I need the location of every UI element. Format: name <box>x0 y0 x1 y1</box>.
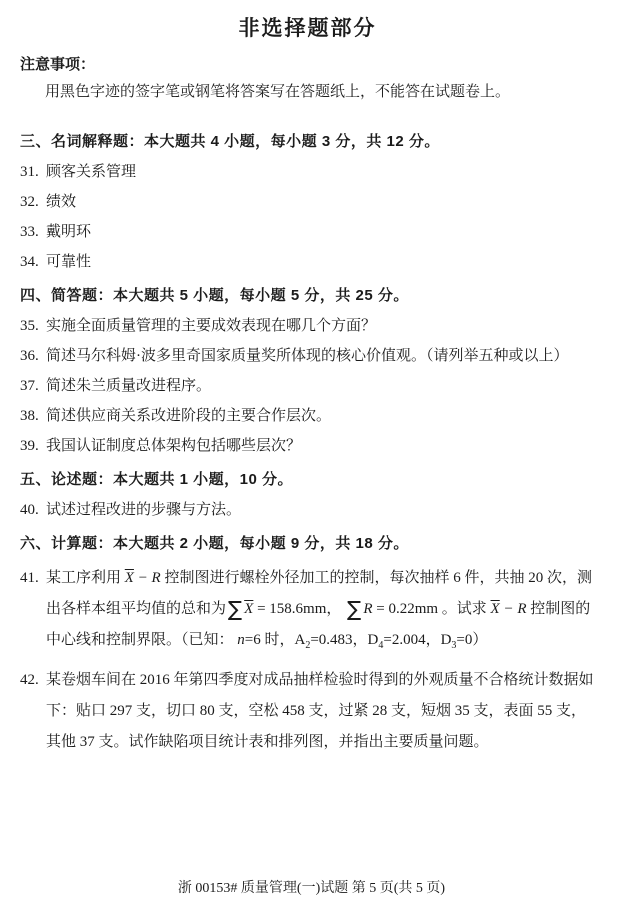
question-text: 我国认证制度总体架构包括哪些层次？ <box>46 436 595 456</box>
sum-xbar-value: = 158.6mm <box>253 601 326 617</box>
xbar-symbol: X <box>125 570 134 586</box>
notice-text: 用黑色字迹的签字笔或钢笔将答案写在答题纸上，不能答在试题卷上。 <box>20 82 595 102</box>
question-text: 绩效 <box>46 192 595 212</box>
text-segment: =2.004，D <box>383 632 451 648</box>
question-number: 36. <box>20 346 46 366</box>
question-31: 31. 顾客关系管理 <box>20 162 595 182</box>
question-34: 34. 可靠性 <box>20 252 595 272</box>
question-number: 33. <box>20 222 46 242</box>
text-segment: =0.483，D <box>310 632 378 648</box>
sum-r-value: = 0.22mm <box>372 601 438 617</box>
section-heading-definitions: 三、名词解释题：本大题共 4 小题，每小题 3 分，共 12 分。 <box>20 132 595 152</box>
question-41: 41. 某工序利用 X − R 控制图进行螺栓外径加工的控制，每次抽样 6 件，… <box>20 563 595 656</box>
question-33: 33. 戴明环 <box>20 222 595 242</box>
question-text: 可靠性 <box>46 252 595 272</box>
n-variable: n <box>237 632 245 648</box>
question-number: 38. <box>20 406 46 426</box>
question-number: 31. <box>20 162 46 182</box>
question-number: 39. <box>20 436 46 456</box>
question-32: 32. 绩效 <box>20 192 595 212</box>
page-content: 非选择题部分 注意事项： 用黑色字迹的签字笔或钢笔将答案写在答题纸上，不能答在试… <box>0 0 623 758</box>
question-text: 试述过程改进的步骤与方法。 <box>46 500 595 520</box>
text-segment: 某工序利用 <box>46 570 125 586</box>
text-segment: =0） <box>456 632 487 648</box>
question-42: 42. 某卷烟车间在 2016 年第四季度对成品抽样检验时得到的外观质量不合格统… <box>20 665 595 758</box>
question-text: 顾客关系管理 <box>46 162 595 182</box>
exam-page: 非选择题部分 注意事项： 用黑色字迹的签字笔或钢笔将答案写在答题纸上，不能答在试… <box>0 0 623 923</box>
question-35: 35. 实施全面质量管理的主要成效表现在哪几个方面？ <box>20 316 595 336</box>
question-text: 简述供应商关系改进阶段的主要合作层次。 <box>46 406 595 426</box>
xbar-symbol: X <box>244 601 253 617</box>
text-segment: 。试求 <box>438 601 491 617</box>
question-text: 戴明环 <box>46 222 595 242</box>
text-segment: =6 时，A <box>245 632 306 648</box>
question-text: 某工序利用 X − R 控制图进行螺栓外径加工的控制，每次抽样 6 件，共抽 2… <box>46 563 595 656</box>
minus-r-symbol: − R <box>134 570 161 586</box>
page-footer: 浙 00153# 质量管理(一)试题 第 5 页(共 5 页) <box>0 880 623 898</box>
minus-r-symbol: − R <box>500 601 527 617</box>
text-segment: ， <box>326 601 345 617</box>
question-text: 实施全面质量管理的主要成效表现在哪几个方面？ <box>46 316 595 336</box>
notice-label: 注意事项： <box>20 55 595 75</box>
question-text: 简述朱兰质量改进程序。 <box>46 376 595 396</box>
question-40: 40. 试述过程改进的步骤与方法。 <box>20 500 595 520</box>
question-number: 34. <box>20 252 46 272</box>
question-number: 41. <box>20 563 46 656</box>
question-number: 42. <box>20 665 46 758</box>
question-37: 37. 简述朱兰质量改进程序。 <box>20 376 595 396</box>
section-heading-short-answer: 四、简答题：本大题共 5 小题，每小题 5 分，共 25 分。 <box>20 286 595 306</box>
question-38: 38. 简述供应商关系改进阶段的主要合作层次。 <box>20 406 595 426</box>
question-39: 39. 我国认证制度总体架构包括哪些层次？ <box>20 436 595 456</box>
xbar-symbol: X <box>491 601 500 617</box>
question-number: 37. <box>20 376 46 396</box>
sigma-icon: ∑ <box>345 597 363 621</box>
section-heading-essay: 五、论述题：本大题共 1 小题，10 分。 <box>20 470 595 490</box>
question-text: 某卷烟车间在 2016 年第四季度对成品抽样检验时得到的外观质量不合格统计数据如… <box>46 665 595 758</box>
question-number: 40. <box>20 500 46 520</box>
sigma-icon: ∑ <box>226 597 244 621</box>
section-heading-calculation: 六、计算题：本大题共 2 小题，每小题 9 分，共 18 分。 <box>20 534 595 554</box>
question-text: 简述马尔科姆·波多里奇国家质量奖所体现的核心价值观。（请列举五种或以上） <box>46 346 595 366</box>
page-title: 非选择题部分 <box>20 16 595 42</box>
question-number: 35. <box>20 316 46 336</box>
question-36: 36. 简述马尔科姆·波多里奇国家质量奖所体现的核心价值观。（请列举五种或以上） <box>20 346 595 366</box>
question-number: 32. <box>20 192 46 212</box>
